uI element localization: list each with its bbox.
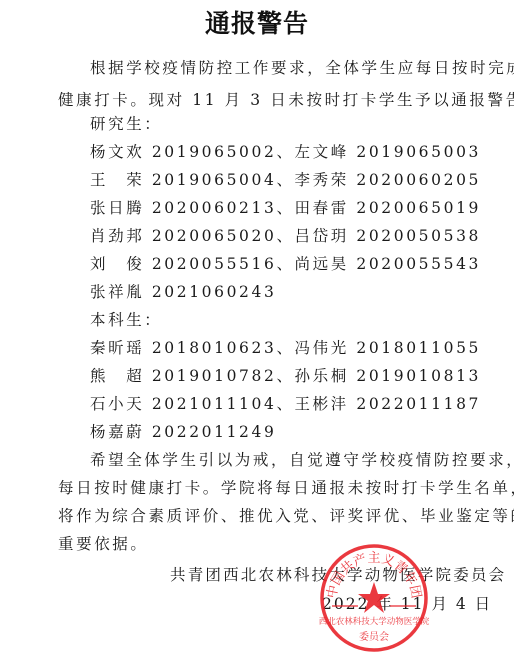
document-date: 2022 年 11 月 4 日 <box>322 592 492 614</box>
svg-text:委员会: 委员会 <box>359 630 389 643</box>
student-row: 王 荣 2019065004、李秀荣 2020060205 <box>90 170 481 190</box>
closing-line-4: 重要依据。 <box>58 534 149 554</box>
student-row: 肖劲邦 2020065020、吕岱玥 2020050538 <box>90 226 481 246</box>
closing-line-3: 将作为综合素质评价、推优入党、评奖评优、毕业鉴定等的 <box>58 506 514 526</box>
document-title: 通报警告 <box>0 4 514 40</box>
student-row: 张祥胤 2021060243 <box>90 282 276 302</box>
group-label-undergraduate: 本科生： <box>90 310 162 330</box>
signature: 共青团西北农林科技大学动物医学院委员会 <box>170 563 506 585</box>
student-row: 杨嘉蔚 2022011249 <box>90 422 276 442</box>
svg-text:西北农林科技大学动物医学院: 西北农林科技大学动物医学院 <box>319 616 430 627</box>
group-label-graduate: 研究生： <box>90 114 162 134</box>
student-row: 秦昕瑶 2018010623、冯伟光 2018011055 <box>90 338 481 358</box>
student-row: 杨文欢 2019065002、左文峰 2019065003 <box>90 142 481 162</box>
student-row: 熊 超 2019010782、孙乐桐 2019010813 <box>90 366 481 386</box>
closing-line-1: 希望全体学生引以为戒，自觉遵守学校疫情防控要求， <box>90 450 514 470</box>
closing-line-2: 每日按时健康打卡。学院将每日通报未按时打卡学生名单， <box>58 478 514 498</box>
student-row: 石小天 2021011104、王彬沣 2022011187 <box>90 394 481 414</box>
intro-line-2: 健康打卡。现对 11 月 3 日未按时打卡学生予以通报警告。 <box>58 90 514 110</box>
student-row: 张日腾 2020060213、田春雷 2020065019 <box>90 198 481 218</box>
student-row: 刘 俊 2020055516、尚远昊 2020055543 <box>90 254 481 274</box>
intro-line-1: 根据学校疫情防控工作要求，全体学生应每日按时完成 <box>90 58 514 78</box>
